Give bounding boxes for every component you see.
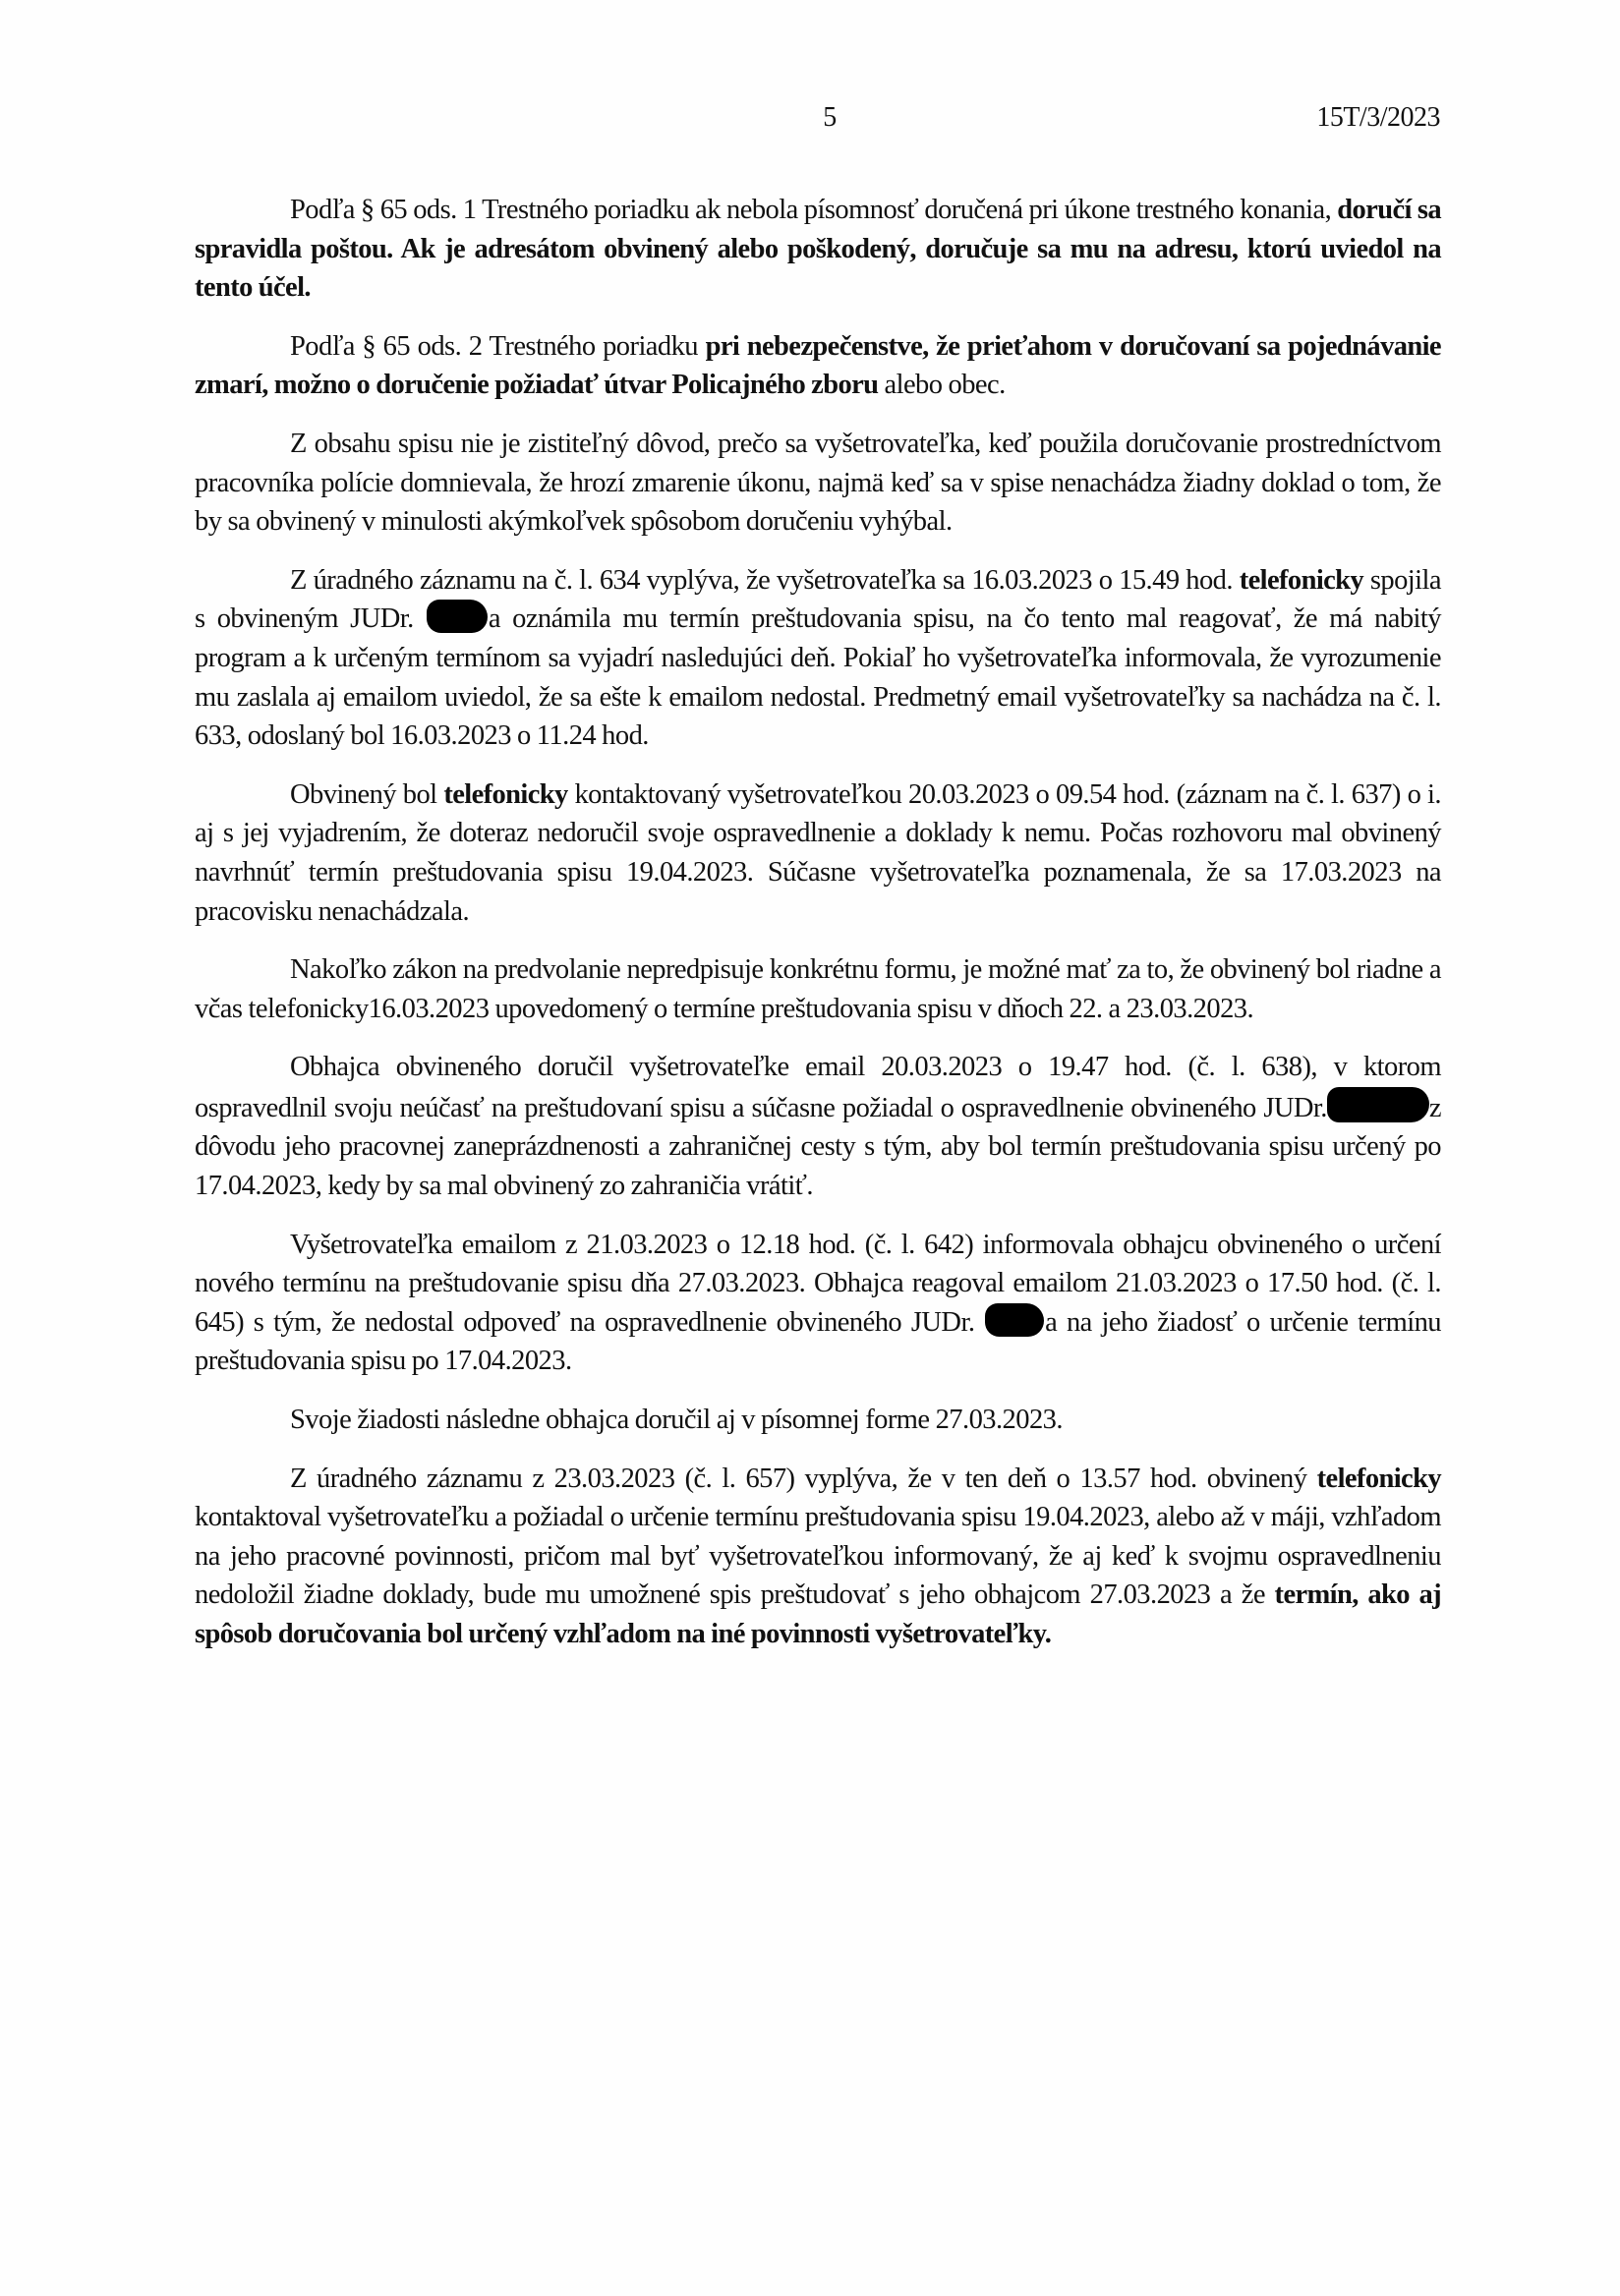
text-run: Z úradného záznamu na č. l. 634 vyplýva,… [290,565,1240,596]
page-number: 5 [810,102,849,134]
text-run: Svoje žiadosti následne obhajca doručil … [290,1405,1063,1435]
text-run: Z úradného záznamu z 23.03.2023 (č. l. 6… [290,1464,1317,1494]
text-run: Nakoľko zákon na predvolanie nepredpisuj… [195,954,1441,1024]
paragraph-delivery-rule-1: Podľa § 65 ods. 1 Trestného poriadku ak … [195,191,1441,308]
paragraph-official-record-634: Z úradného záznamu na č. l. 634 vyplýva,… [195,561,1441,756]
emphasized-text: telefonicky [443,779,567,810]
text-run: Podľa § 65 ods. 1 Trestného poriadku ak … [290,195,1337,225]
paragraph-defense-email-638: Obhajca obvineného doručil vyšetrovateľk… [195,1048,1441,1205]
emphasized-text: telefonicky [1317,1464,1441,1494]
emphasized-text: telefonicky [1240,565,1363,596]
redaction-block [1327,1087,1429,1122]
paragraph-summons-form: Nakoľko zákon na predvolanie nepredpisuj… [195,950,1441,1028]
text-run: Podľa § 65 ods. 2 Trestného poriadku [290,331,706,362]
text-run: Obhajca obvineného doručil vyšetrovateľk… [195,1052,1441,1123]
redaction-block [427,600,488,633]
text-run: Z obsahu spisu nie je zistiteľný dôvod, … [195,429,1441,537]
text-run: alebo obec. [878,370,1005,400]
paragraph-official-record-657: Z úradného záznamu z 23.03.2023 (č. l. 6… [195,1460,1441,1654]
redaction-block [985,1303,1044,1337]
case-number: 15T/3/2023 [1316,102,1440,134]
paragraph-delivery-rule-2: Podľa § 65 ods. 2 Trestného poriadku pri… [195,327,1441,405]
text-run: Obvinený bol [290,779,443,810]
paragraph-reason-assessment: Z obsahu spisu nie je zistiteľný dôvod, … [195,425,1441,542]
paragraph-investigator-email-642: Vyšetrovateľka emailom z 21.03.2023 o 12… [195,1226,1441,1381]
text-run: kontaktoval vyšetrovateľku a požiadal o … [195,1502,1441,1610]
paragraph-written-requests: Svoje žiadosti následne obhajca doručil … [195,1401,1441,1440]
document-page: 5 15T/3/2023 Podľa § 65 ods. 1 Trestného… [0,0,1620,2296]
document-body: Podľa § 65 ods. 1 Trestného poriadku ak … [195,191,1441,1674]
paragraph-phone-contact-637: Obvinený bol telefonicky kontaktovaný vy… [195,775,1441,931]
